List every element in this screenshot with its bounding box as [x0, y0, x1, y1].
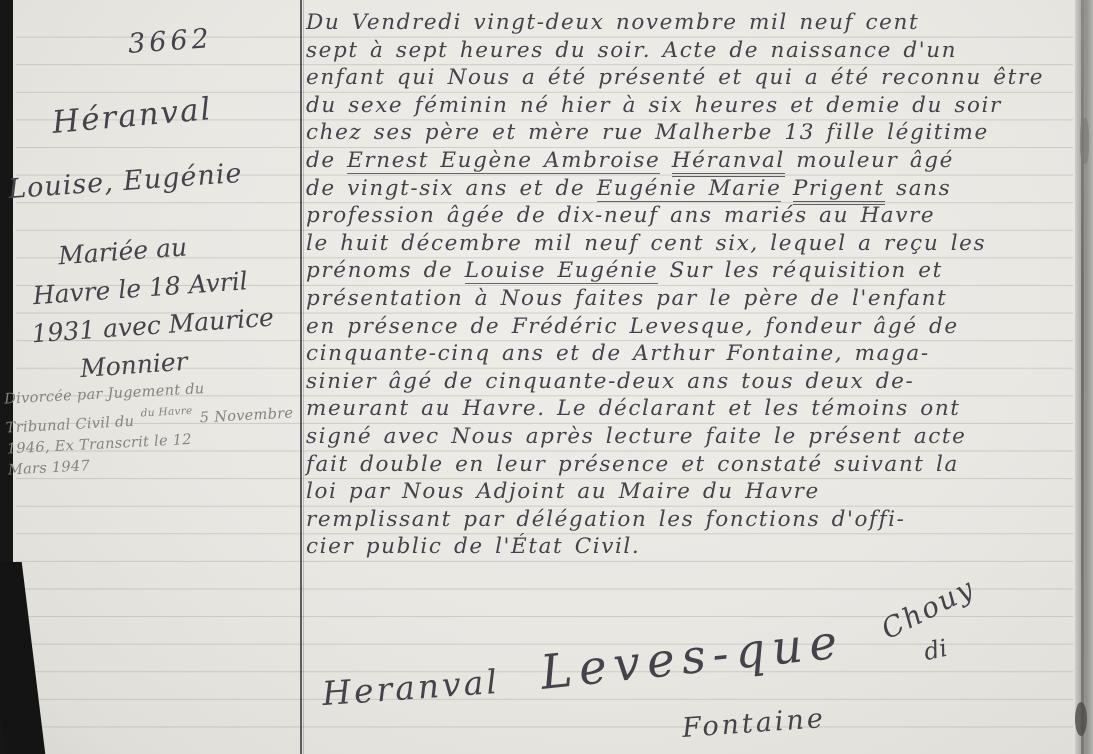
act-line: chez ses père et mère rue Malherbe 13 fi…	[306, 119, 1078, 147]
act-text: le huit décembre mil neuf cent six, lequ…	[306, 231, 986, 256]
margin-surname: Héranval	[51, 91, 214, 141]
act-line: en présence de Frédéric Levesque, fondeu…	[306, 313, 1078, 341]
page-right-edge-line	[1081, 0, 1084, 754]
act-line: présentation à Nous faites par le père d…	[306, 285, 1078, 313]
signature-official: Chouy	[876, 571, 980, 646]
act-line: remplissant par délégation les fonctions…	[306, 506, 1078, 534]
act-line: le huit décembre mil neuf cent six, lequ…	[306, 230, 1078, 258]
margin-given-names: Louise, Eugénie	[7, 158, 243, 205]
underlined-name: Prigent	[793, 176, 885, 205]
act-text: profession âgée de dix-neuf ans mariés a…	[306, 203, 935, 228]
act-line: sept à sept heures du soir. Acte de nais…	[306, 37, 1078, 65]
act-line: cinquante-cinq ans et de Arthur Fontaine…	[306, 340, 1078, 368]
act-text: en présence de Frédéric Levesque, fondeu…	[306, 314, 959, 339]
act-number: 3662	[127, 23, 214, 60]
act-text: fait double en leur présence et constaté…	[306, 452, 959, 477]
act-line: meurant au Havre. Le déclarant et les té…	[306, 395, 1078, 423]
act-text: prénoms de	[306, 258, 465, 283]
margin-marriage-note: Mariée auHavre le 18 Avril1931 avec Maur…	[11, 220, 321, 393]
act-text: mouleur âgé	[785, 148, 954, 173]
margin-divider-line	[300, 0, 302, 754]
act-text: loi par Nous Adjoint au Maire du Havre	[306, 479, 820, 504]
underlined-name: Louise Eugénie	[465, 258, 658, 284]
act-body-text: Du Vendredi vingt-deux novembre mil neuf…	[306, 9, 1078, 561]
act-text: de	[306, 148, 347, 173]
act-text: sinier âgé de cinquante-deux ans tous de…	[306, 369, 914, 394]
act-text: Sur les réquisition et	[658, 258, 943, 283]
act-line: de Ernest Eugène Ambroise Héranval moule…	[306, 147, 1078, 175]
act-text: chez ses père et mère rue Malherbe 13 fi…	[306, 120, 989, 145]
act-text: Du Vendredi vingt-deux novembre mil neuf…	[306, 10, 919, 35]
scan-artifact-smudge	[1080, 118, 1089, 164]
signature-official-paraph: di	[921, 634, 949, 666]
act-line: enfant qui Nous a été présenté et qui a …	[306, 64, 1078, 92]
act-line: fait double en leur présence et constaté…	[306, 451, 1078, 479]
underlined-name: Héranval	[672, 148, 785, 177]
act-text: du sexe féminin né hier à six heures et …	[306, 93, 1002, 118]
act-line: profession âgée de dix-neuf ans mariés a…	[306, 202, 1078, 230]
book-binding-shadow	[0, 562, 46, 754]
act-line: cier public de l'État Civil.	[306, 533, 1078, 561]
act-text: remplissant par délégation les fonctions…	[306, 507, 906, 532]
act-line: de vingt-six ans et de Eugénie Marie Pri…	[306, 175, 1078, 203]
act-text: de vingt-six ans et de	[306, 176, 597, 201]
act-text	[660, 148, 671, 173]
signature-witness-levesque: Leves-que	[538, 614, 847, 701]
birth-record-scan: 3662 Héranval Louise, Eugénie Mariée auH…	[0, 0, 1093, 754]
signature-declarant: Heranval	[321, 662, 501, 713]
act-line: Du Vendredi vingt-deux novembre mil neuf…	[306, 9, 1078, 37]
underlined-name: Eugénie Marie	[597, 176, 782, 202]
margin-divorce-note: Divorcée par Jugement du Tribunal Civil …	[4, 375, 296, 482]
margin-divider-line-shadow	[303, 0, 304, 754]
divorce-note-insertion: du Havre	[140, 405, 192, 420]
act-line: du sexe féminin né hier à six heures et …	[306, 92, 1078, 120]
scan-artifact-blob	[1075, 702, 1087, 736]
signature-witness-fontaine: Fontaine	[681, 703, 827, 744]
act-text: sept à sept heures du soir. Acte de nais…	[306, 38, 957, 63]
act-text: cinquante-cinq ans et de Arthur Fontaine…	[306, 341, 930, 366]
act-text: meurant au Havre. Le déclarant et les té…	[306, 396, 961, 421]
act-line: signé avec Nous après lecture faite le p…	[306, 423, 1078, 451]
act-text	[781, 176, 792, 201]
divorce-note-text: 5 Novembre	[199, 405, 293, 426]
act-text: sans	[885, 176, 952, 201]
underlined-name: Ernest Eugène Ambroise	[347, 148, 660, 174]
act-text: présentation à Nous faites par le père d…	[306, 286, 947, 311]
act-line: loi par Nous Adjoint au Maire du Havre	[306, 478, 1078, 506]
act-line: prénoms de Louise Eugénie Sur les réquis…	[306, 257, 1078, 285]
act-text: cier public de l'État Civil.	[306, 534, 640, 559]
act-line: sinier âgé de cinquante-deux ans tous de…	[306, 368, 1078, 396]
act-text: enfant qui Nous a été présenté et qui a …	[306, 65, 1044, 90]
act-text: signé avec Nous après lecture faite le p…	[306, 424, 966, 449]
